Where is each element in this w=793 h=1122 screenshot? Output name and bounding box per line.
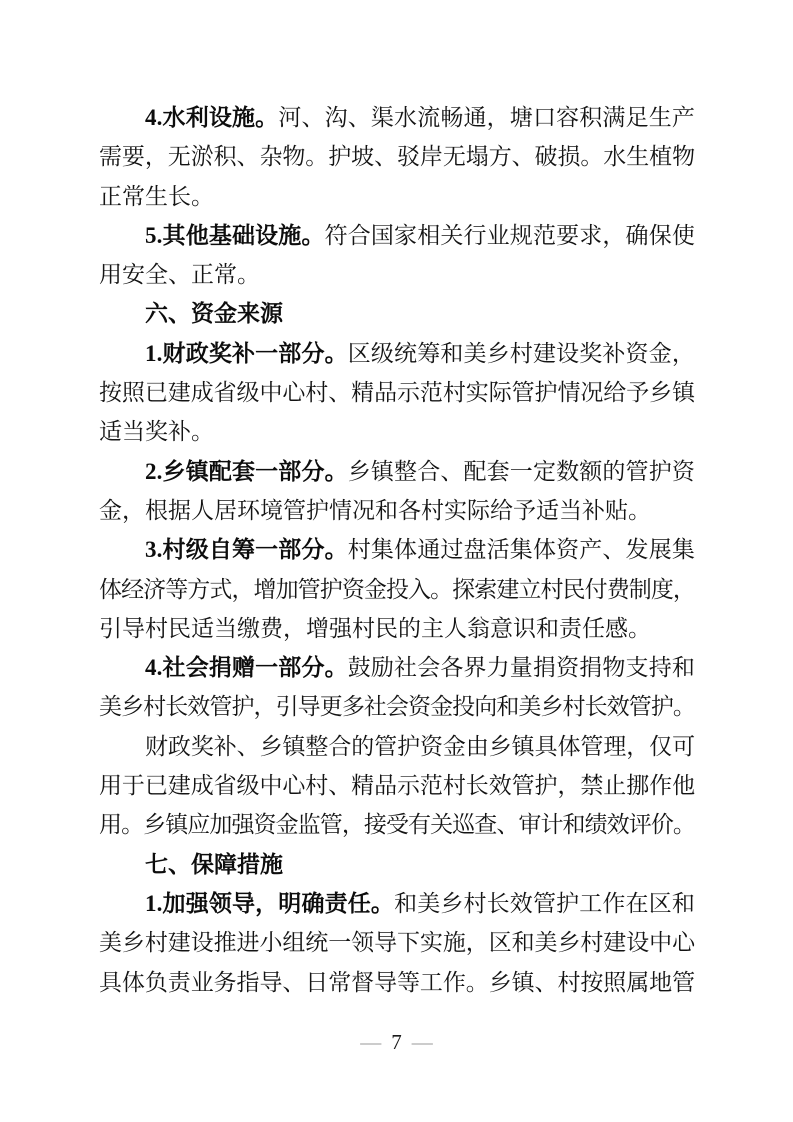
text-line: 3.村级自筹一部分。村集体通过盘活集体资产、发展集 <box>99 530 695 569</box>
text-line-content: 美乡村建设推进小组统一领导下实施，区和美乡村建设中心 <box>99 930 695 955</box>
lead-in-heading-text: 2.乡镇配套一部分。 <box>145 459 348 484</box>
text-line: 1.财政奖补一部分。区级统筹和美乡村建设奖补资金， <box>99 334 695 373</box>
text-line: 按照已建成省级中心村、精品示范村实际管护情况给予乡镇 <box>99 373 695 412</box>
text-line: 体经济等方式，增加管护资金投入。探索建立村民付费制度， <box>99 570 695 609</box>
page-number: —7— <box>0 1028 793 1056</box>
body-text: 符合国家相关行业规范要求，确保使 <box>325 223 695 248</box>
text-line: 用于已建成省级中心村、精品示范村长效管护，禁止挪作他 <box>99 766 695 805</box>
text-line-content: 4.水利设施。河、沟、渠水流畅通，塘口容积满足生产 <box>145 105 695 130</box>
text-line-content: 需要，无淤积、杂物。护坡、驳岸无塌方、破损。水生植物 <box>99 144 695 169</box>
document-page: 4.水利设施。河、沟、渠水流畅通，塘口容积满足生产需要，无淤积、杂物。护坡、驳岸… <box>0 0 793 1122</box>
body-text: 体经济等方式，增加管护资金投入。探索建立村民付费制度， <box>99 577 695 602</box>
text-line-content: 七、保障措施 <box>145 852 283 877</box>
text-line: 1.加强领导，明确责任。和美乡村长效管护工作在区和 <box>99 884 695 923</box>
body-text: 引导村民适当缴费，增强村民的主人翁意识和责任感。 <box>99 616 651 641</box>
text-line: 正常生长。 <box>99 177 695 216</box>
text-line: 引导村民适当缴费，增强村民的主人翁意识和责任感。 <box>99 609 695 648</box>
text-line: 美乡村建设推进小组统一领导下实施，区和美乡村建设中心 <box>99 923 695 962</box>
body-text: 乡镇整合、配套一定数额的管护资 <box>348 459 695 484</box>
text-line-content: 具体负责业务指导、日常督导等工作。乡镇、村按照属地管 <box>99 970 695 995</box>
body-text: 适当奖补。 <box>99 419 214 444</box>
page-number-dash-left: — <box>360 1030 381 1054</box>
text-line: 5.其他基础设施。符合国家相关行业规范要求，确保使 <box>99 216 695 255</box>
text-line-content: 按照已建成省级中心村、精品示范村实际管护情况给予乡镇 <box>99 380 695 405</box>
text-line-content: 财政奖补、乡镇整合的管护资金由乡镇具体管理，仅可 <box>145 734 695 759</box>
text-line: 用安全、正常。 <box>99 255 695 294</box>
text-line-content: 1.财政奖补一部分。区级统筹和美乡村建设奖补资金， <box>145 341 695 366</box>
text-line-content: 2.乡镇配套一部分。乡镇整合、配套一定数额的管护资 <box>145 459 695 484</box>
lead-in-heading-text: 1.财政奖补一部分。 <box>145 341 348 366</box>
text-line: 财政奖补、乡镇整合的管护资金由乡镇具体管理，仅可 <box>99 727 695 766</box>
text-line: 具体负责业务指导、日常督导等工作。乡镇、村按照属地管 <box>99 963 695 1002</box>
body-text: 用于已建成省级中心村、精品示范村长效管护，禁止挪作他 <box>99 773 695 798</box>
body-text: 具体负责业务指导、日常督导等工作。乡镇、村按照属地管 <box>99 970 695 995</box>
text-line-content: 1.加强领导，明确责任。和美乡村长效管护工作在区和 <box>145 891 695 916</box>
section-heading-line: 六、资金来源 <box>99 294 695 333</box>
text-line-content: 体经济等方式，增加管护资金投入。探索建立村民付费制度， <box>99 577 695 602</box>
text-line-content: 美乡村长效管护，引导更多社会资金投向和美乡村长效管护。 <box>99 694 695 719</box>
body-text: 财政奖补、乡镇整合的管护资金由乡镇具体管理，仅可 <box>145 734 695 759</box>
body-text: 美乡村长效管护，引导更多社会资金投向和美乡村长效管护。 <box>99 694 695 719</box>
text-line: 2.乡镇配套一部分。乡镇整合、配套一定数额的管护资 <box>99 452 695 491</box>
body-text: 和美乡村长效管护工作在区和 <box>394 891 695 916</box>
body-text: 区级统筹和美乡村建设奖补资金， <box>348 341 695 366</box>
body-text: 美乡村建设推进小组统一领导下实施，区和美乡村建设中心 <box>99 930 695 955</box>
body-text: 金，根据人居环境管护情况和各村实际给予适当补贴。 <box>99 498 651 523</box>
text-line-content: 4.社会捐赠一部分。鼓励社会各界力量捐资捐物支持和 <box>145 655 695 680</box>
page-number-value: 7 <box>391 1030 402 1054</box>
text-line-content: 金，根据人居环境管护情况和各村实际给予适当补贴。 <box>99 498 651 523</box>
text-line-content: 引导村民适当缴费，增强村民的主人翁意识和责任感。 <box>99 616 651 641</box>
body-text: 村集体通过盘活集体资产、发展集 <box>348 537 695 562</box>
body-text: 用。乡镇应加强资金监管，接受有关巡查、审计和绩效评价。 <box>99 812 695 837</box>
lead-in-heading-text: 3.村级自筹一部分。 <box>145 537 348 562</box>
body-text: 用安全、正常。 <box>99 262 260 287</box>
body-text: 正常生长。 <box>99 184 214 209</box>
text-line-content: 适当奖补。 <box>99 419 214 444</box>
lead-in-heading-text: 1.加强领导，明确责任。 <box>145 891 394 916</box>
text-line: 4.水利设施。河、沟、渠水流畅通，塘口容积满足生产 <box>99 98 695 137</box>
text-line-content: 用。乡镇应加强资金监管，接受有关巡查、审计和绩效评价。 <box>99 812 695 837</box>
body-text: 需要，无淤积、杂物。护坡、驳岸无塌方、破损。水生植物 <box>99 144 695 169</box>
text-line: 适当奖补。 <box>99 412 695 451</box>
lead-in-heading-text: 4.社会捐赠一部分。 <box>145 655 348 680</box>
text-line-content: 用安全、正常。 <box>99 262 260 287</box>
body-text: 河、沟、渠水流畅通，塘口容积满足生产 <box>278 105 695 130</box>
text-line-content: 用于已建成省级中心村、精品示范村长效管护，禁止挪作他 <box>99 773 695 798</box>
lead-in-heading-text: 5.其他基础设施。 <box>145 223 325 248</box>
document-body: 4.水利设施。河、沟、渠水流畅通，塘口容积满足生产需要，无淤积、杂物。护坡、驳岸… <box>99 98 695 1002</box>
text-line-content: 正常生长。 <box>99 184 214 209</box>
body-text: 鼓励社会各界力量捐资捐物支持和 <box>348 655 695 680</box>
lead-in-heading-text: 4.水利设施。 <box>145 105 278 130</box>
body-text: 按照已建成省级中心村、精品示范村实际管护情况给予乡镇 <box>99 380 695 405</box>
page-number-dash-right: — <box>412 1030 433 1054</box>
text-line-content: 5.其他基础设施。符合国家相关行业规范要求，确保使 <box>145 223 695 248</box>
text-line: 金，根据人居环境管护情况和各村实际给予适当补贴。 <box>99 491 695 530</box>
lead-in-heading-text: 七、保障措施 <box>145 851 283 877</box>
text-line-content: 3.村级自筹一部分。村集体通过盘活集体资产、发展集 <box>145 537 695 562</box>
section-heading-line: 七、保障措施 <box>99 845 695 884</box>
text-line: 需要，无淤积、杂物。护坡、驳岸无塌方、破损。水生植物 <box>99 137 695 176</box>
text-line: 用。乡镇应加强资金监管，接受有关巡查、审计和绩效评价。 <box>99 805 695 844</box>
lead-in-heading-text: 六、资金来源 <box>145 300 283 326</box>
text-line: 美乡村长效管护，引导更多社会资金投向和美乡村长效管护。 <box>99 687 695 726</box>
text-line-content: 六、资金来源 <box>145 301 283 326</box>
text-line: 4.社会捐赠一部分。鼓励社会各界力量捐资捐物支持和 <box>99 648 695 687</box>
